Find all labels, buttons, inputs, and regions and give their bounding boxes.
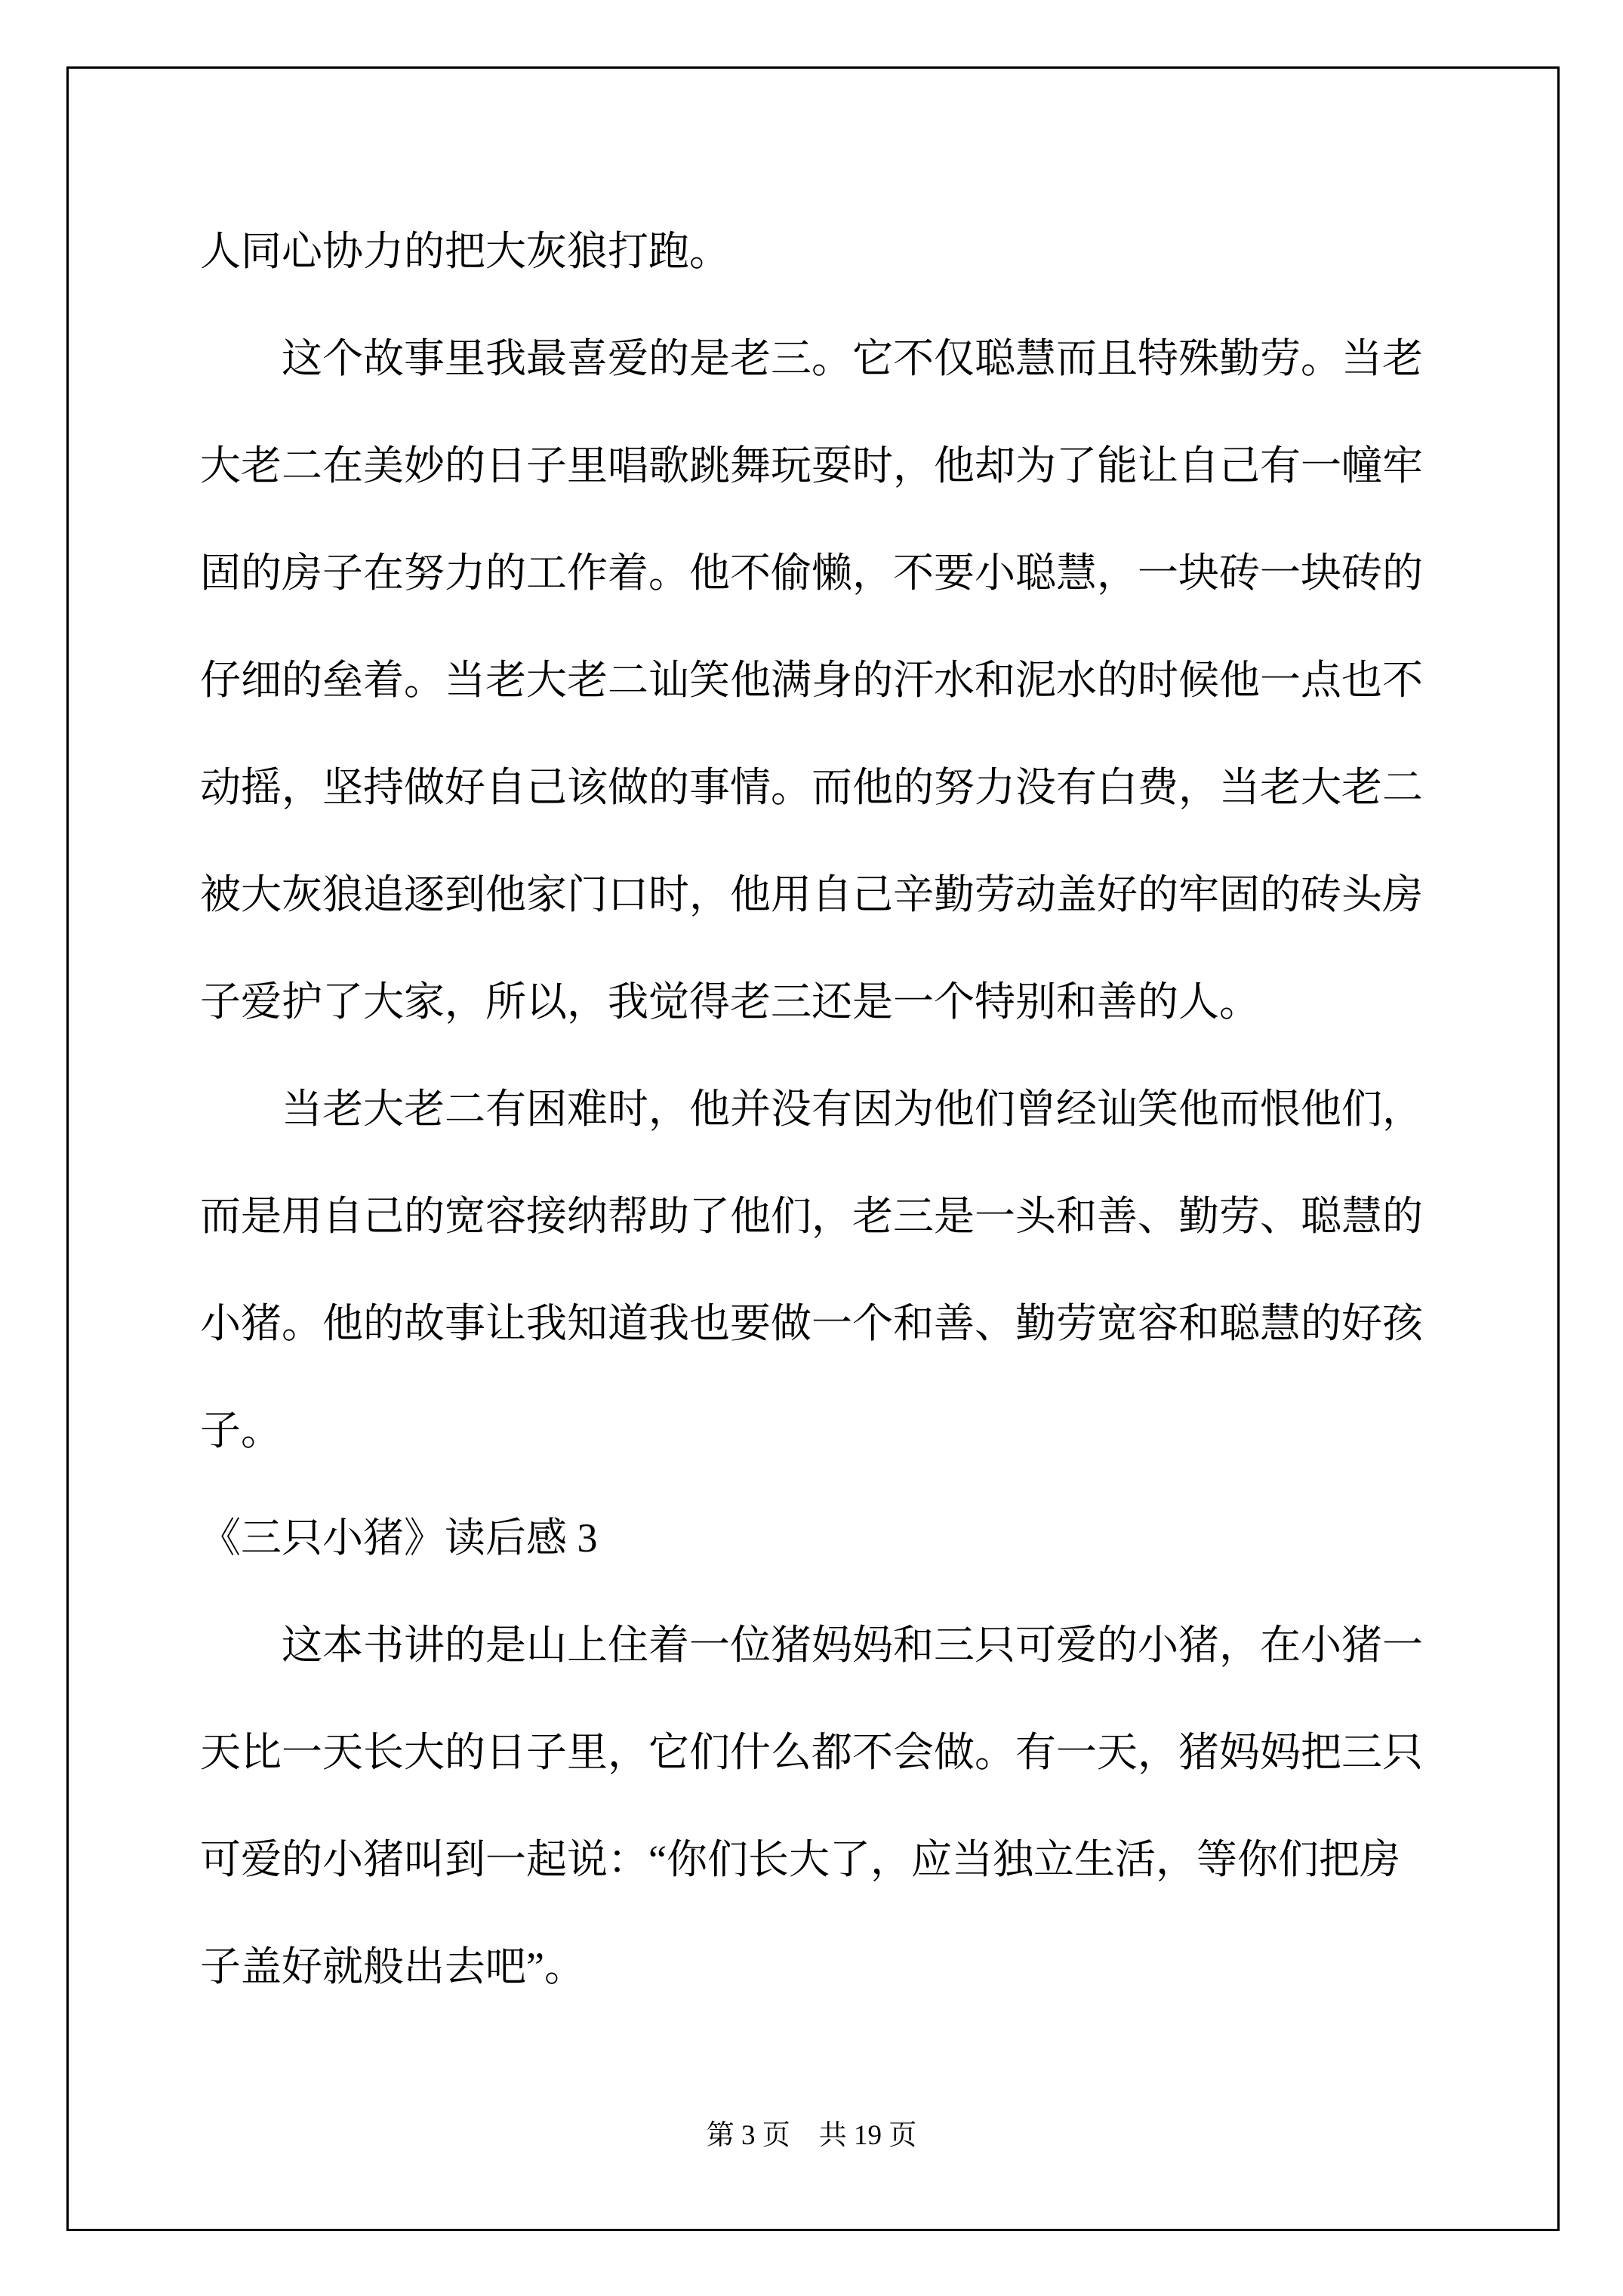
- text-line: 这本书讲的是山上住着一位猪妈妈和三只可爱的小猪，在小猪一: [200, 1592, 1427, 1699]
- text-line: 动摇，坚持做好自己该做的事情。而他的努力没有白费，当老大老二: [200, 734, 1427, 841]
- text-line: 人同心协力的把大灰狼打跑。: [200, 198, 1427, 305]
- page-number: 第 3 页: [707, 2120, 790, 2151]
- text-line: 子盖好就般出去吧”。: [200, 1913, 1427, 2020]
- document-body: 人同心协力的把大灰狼打跑。 这个故事里我最喜爱的是老三。它不仅聪慧而且特殊勤劳。…: [200, 198, 1427, 2020]
- page-footer: 第 3 页共 19 页: [69, 2119, 1554, 2153]
- document-page: 人同心协力的把大灰狼打跑。 这个故事里我最喜爱的是老三。它不仅聪慧而且特殊勤劳。…: [0, 0, 1623, 2296]
- text-line: 小猪。他的故事让我知道我也要做一个和善、勤劳宽容和聪慧的好孩: [200, 1270, 1427, 1377]
- text-line: 固的房子在努力的工作着。他不偷懒，不要小聪慧，一块砖一块砖的: [200, 519, 1427, 627]
- text-line: 当老大老二有困难时，他并没有因为他们曾经讪笑他而恨他们，: [200, 1056, 1427, 1163]
- text-line: 子。: [200, 1377, 1427, 1484]
- section-heading: 《三只小猪》读后感 3: [200, 1484, 1427, 1592]
- page-total: 共 19 页: [819, 2120, 917, 2151]
- text-line: 被大灰狼追逐到他家门口时，他用自己辛勤劳动盖好的牢固的砖头房: [200, 841, 1427, 948]
- text-line: 天比一天长大的日子里，它们什么都不会做。有一天，猪妈妈把三只: [200, 1699, 1427, 1806]
- text-line: 仔细的垒着。当老大老二讪笑他满身的汗水和泥水的时候他一点也不: [200, 627, 1427, 734]
- text-line: 可爱的小猪叫到一起说：“你们长大了，应当独立生活，等你们把房: [200, 1806, 1427, 1913]
- text-line: 大老二在美妙的日子里唱歌跳舞玩耍时，他却为了能让自己有一幢牢: [200, 412, 1427, 519]
- text-line: 子爱护了大家，所以，我觉得老三还是一个特别和善的人。: [200, 948, 1427, 1056]
- text-line: 而是用自己的宽容接纳帮助了他们，老三是一头和善、勤劳、聪慧的: [200, 1163, 1427, 1270]
- text-line: 这个故事里我最喜爱的是老三。它不仅聪慧而且特殊勤劳。当老: [200, 305, 1427, 412]
